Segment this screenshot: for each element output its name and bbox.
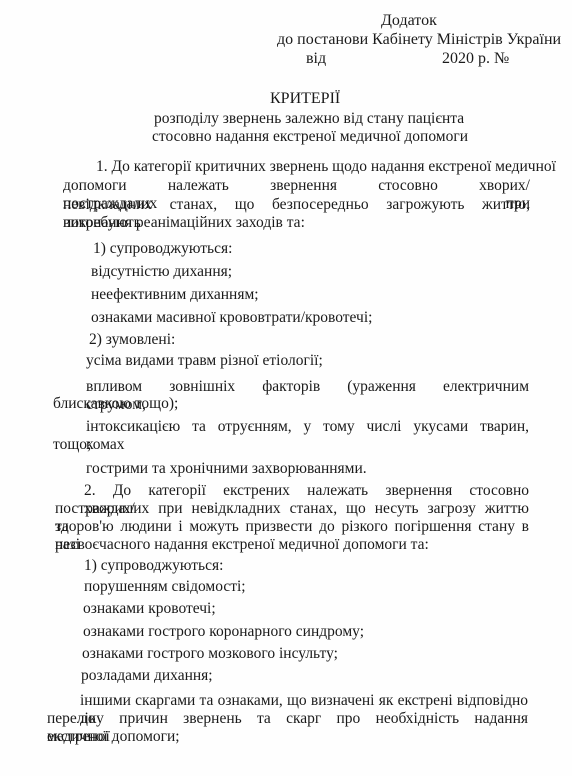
- year-number-label: 2020 р. №: [442, 50, 509, 68]
- document-subtitle-line-1: розподілу звернень залежно від стану пац…: [154, 110, 464, 128]
- resolution-line: до постанови Кабінету Міністрів України: [277, 31, 561, 49]
- section2-sub1-item: ознаками гострого коронарного синдрому;: [83, 623, 364, 641]
- section2-sub1-item: порушенням свідомості;: [84, 578, 246, 596]
- section1-sub2-item-cont: блискавкою тощо);: [53, 395, 178, 413]
- section2-para-line-4: несвоєчасного надання екстреної медичної…: [55, 536, 429, 554]
- section1-sub1-item: відсутністю дихання;: [91, 263, 232, 281]
- section1-sub2-label: 2) зумовлені:: [89, 331, 175, 349]
- section1-sub2-item: гострими та хронічними захворюваннями.: [86, 460, 367, 478]
- section1-para-line-4: виконання реанімаційних заходів та:: [63, 214, 305, 232]
- section1-sub2-item-cont: тощо;: [53, 436, 91, 454]
- section2-sub1-label: 1) супроводжуються:: [84, 557, 223, 575]
- date-from-label: від: [306, 50, 326, 68]
- section2-last-item-line-3: медичної допомоги;: [47, 728, 180, 746]
- section2-sub1-item: розладами дихання;: [81, 667, 213, 685]
- document-subtitle-line-2: стосовно надання екстреної медичної допо…: [152, 128, 468, 146]
- annex-label: Додаток: [381, 12, 437, 30]
- document-page: Додаток до постанови Кабінету Міністрів …: [0, 0, 572, 776]
- section1-sub1-item: неефективним диханням;: [91, 286, 259, 304]
- section1-para-line-1: 1. До категорії критичних звернень щодо …: [96, 158, 530, 176]
- section1-sub1-label: 1) супроводжуються:: [93, 240, 232, 258]
- section2-sub1-item: ознаками гострого мозкового інсульту;: [82, 645, 338, 663]
- document-title: КРИТЕРІЇ: [270, 90, 340, 108]
- section1-sub2-item: інтоксикацією та отруєнням, у тому числі…: [86, 418, 529, 454]
- section2-sub1-item: ознаками кровотечі;: [83, 600, 216, 618]
- section1-sub2-item: усіма видами травм різної етіології;: [86, 352, 323, 370]
- section1-sub1-item: ознаками масивної крововтрати/кровотечі;: [91, 309, 372, 327]
